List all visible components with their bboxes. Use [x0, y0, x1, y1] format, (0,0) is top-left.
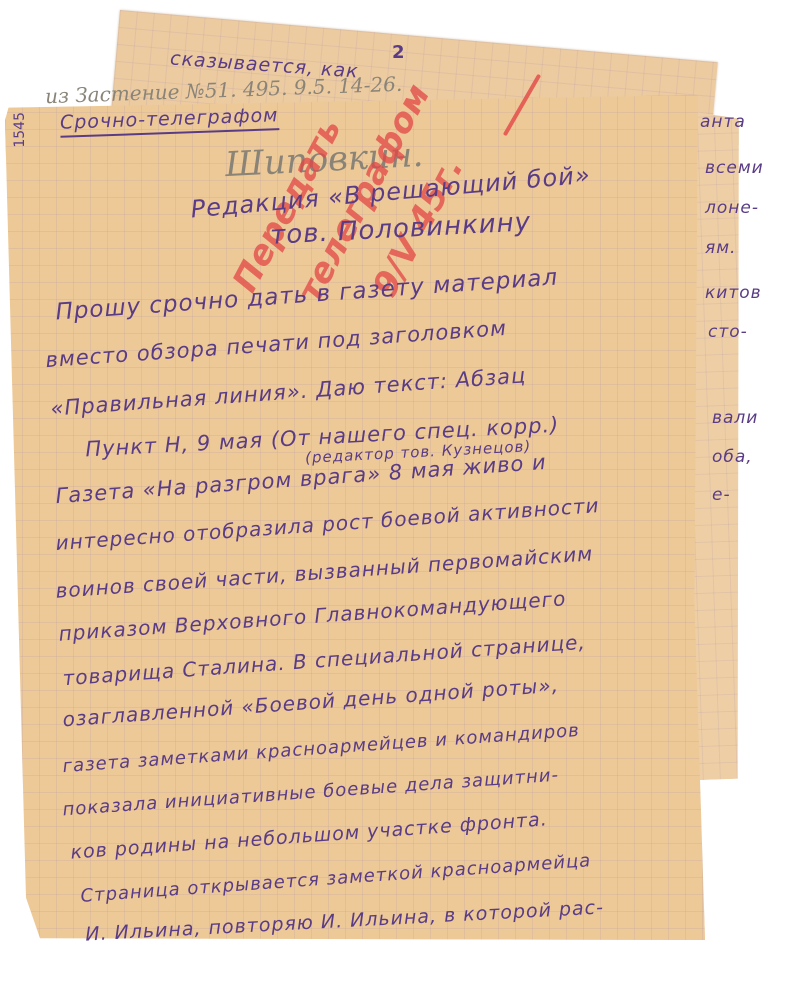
- back-fragment: е-: [712, 485, 731, 505]
- back-page-number: 2: [392, 42, 406, 63]
- back-fragment: ям.: [705, 238, 736, 258]
- back-fragment: вали: [712, 408, 758, 428]
- back-fragment: анта: [700, 112, 746, 132]
- margin-note: 1545: [12, 112, 28, 148]
- back-fragment: китов: [705, 283, 762, 303]
- back-fragment: оба,: [712, 447, 753, 467]
- back-fragment: лоне-: [705, 198, 759, 218]
- back-fragment: сто-: [708, 322, 748, 342]
- back-fragment: всеми: [705, 158, 764, 178]
